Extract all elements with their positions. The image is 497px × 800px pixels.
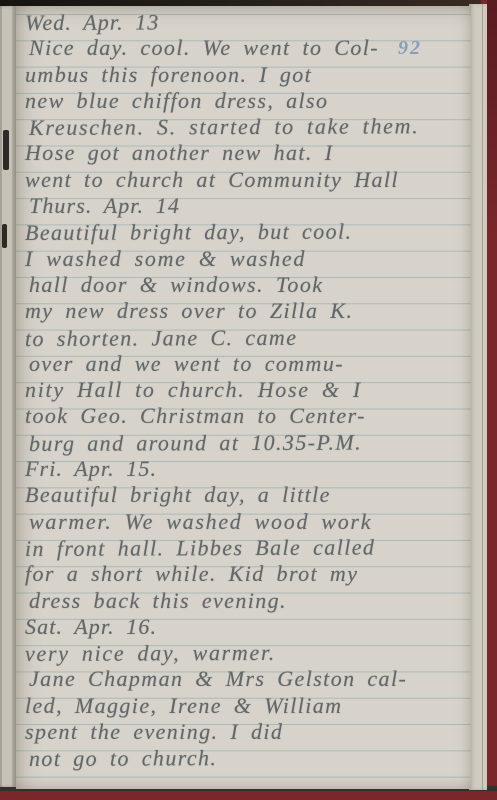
entry-date-line: Sat. Apr. 16. xyxy=(25,614,471,640)
handwritten-line: Beautiful bright day, a little xyxy=(25,482,471,508)
handwritten-line: my new dress over to Zilla K. xyxy=(25,298,471,324)
next-page-edge xyxy=(469,4,487,790)
handwritten-line: to shorten. Jane C. came xyxy=(25,324,471,352)
handwritten-line: very nice day, warmer. xyxy=(25,639,471,667)
handwritten-line: Beautiful bright day, but cool. xyxy=(25,218,471,246)
handwritten-line: warmer. We washed wood work xyxy=(29,509,471,535)
handwritten-line: nity Hall to church. Hose & I xyxy=(25,377,471,403)
handwritten-line: Kreuschen. S. started to take them. xyxy=(29,113,471,141)
handwritten-line: over and we went to commu- xyxy=(29,351,471,377)
handwritten-line: Hose got another new hat. I xyxy=(25,140,471,166)
handwritten-line: went to church at Community Hall xyxy=(25,167,471,193)
handwritten-line: umbus this forenoon. I got xyxy=(25,62,471,88)
handwritten-line: spent the evening. I did xyxy=(25,719,471,745)
handwritten-line: burg and around at 10.35-P.M. xyxy=(29,429,471,457)
binding-ink-mark xyxy=(3,130,9,170)
handwritten-line: in front hall. Libbes Bale called xyxy=(25,534,471,562)
handwritten-line: for a short while. Kid brot my xyxy=(25,561,471,587)
diary-scan: 92 Wed. Apr. 13Nice day. cool. We went t… xyxy=(0,0,497,800)
handwritten-line: new blue chiffon dress, also xyxy=(25,88,471,114)
handwritten-line: led, Maggie, Irene & William xyxy=(25,693,471,719)
handwritten-line: took Geo. Christman to Center- xyxy=(25,403,471,429)
handwritten-line: not go to church. xyxy=(29,744,471,772)
entry-date-line: Thurs. Apr. 14 xyxy=(29,193,471,219)
binding-ink-mark xyxy=(2,224,7,248)
handwritten-line: Nice day. cool. We went to Col- xyxy=(29,35,471,61)
ruled-diary-page: 92 Wed. Apr. 13Nice day. cool. We went t… xyxy=(16,6,471,789)
entry-date-line: Wed. Apr. 13 xyxy=(25,8,471,36)
handwritten-line: dress back this evening. xyxy=(29,588,471,614)
handwritten-line: Jane Chapman & Mrs Gelston cal- xyxy=(29,666,471,692)
notebook-cover-right-edge xyxy=(487,0,497,800)
handwritten-line: hall door & windows. Took xyxy=(29,272,471,298)
handwritten-line: I washed some & washed xyxy=(25,246,471,272)
entry-date-line: Fri. Apr. 15. xyxy=(25,456,471,482)
page-crease-line xyxy=(482,4,483,790)
binding-edge xyxy=(0,6,16,787)
handwriting-block: Wed. Apr. 13Nice day. cool. We went to C… xyxy=(25,9,471,772)
